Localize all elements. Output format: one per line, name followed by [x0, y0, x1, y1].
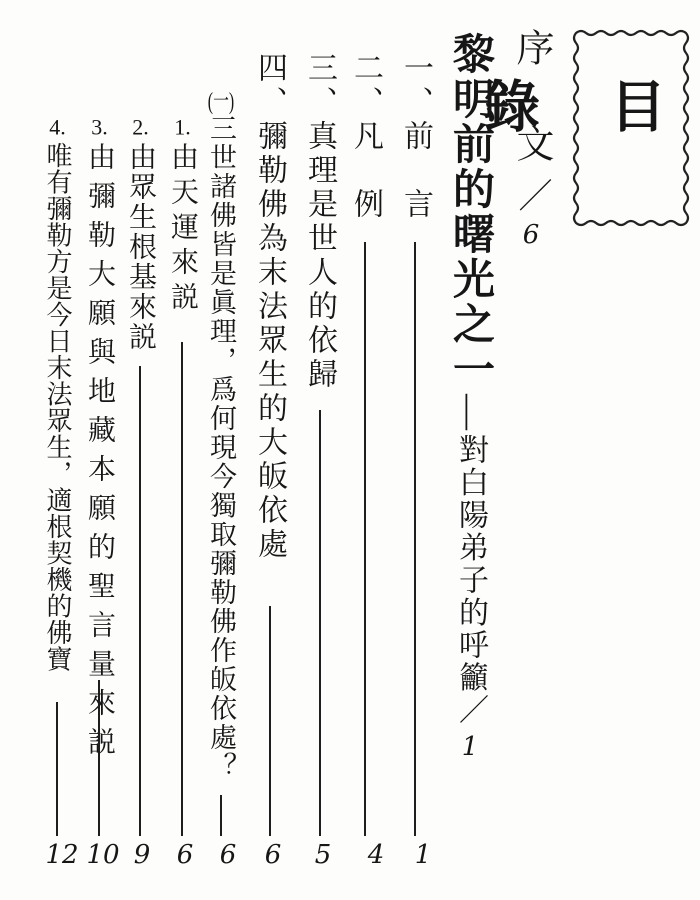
leader-line — [181, 342, 183, 836]
page-number: 12 — [45, 840, 78, 870]
leader-line — [319, 410, 321, 836]
preface-page-number: 6 — [516, 222, 546, 248]
entry-label: 由眾生根基來説 — [125, 142, 156, 352]
entry-label: 三世諸佛皆是眞理，爲何現今獨取彌勒佛作皈依處？ — [206, 114, 236, 781]
entry-label: 三、真理是世人的依歸 — [303, 52, 336, 392]
toc-entry-sub-3: 3.由彌勒大願與地藏本願的聖言量來説 — [85, 116, 113, 766]
entry-label: 唯有彌勒方是今日末法眾生，適根契機的佛寶 — [43, 142, 72, 672]
book-subtitle: 對白陽弟子的呼籲 — [454, 434, 487, 694]
entry-label: 由彌勒大願與地藏本願的聖言量來説 — [84, 142, 115, 766]
toc-entry-sub-2: 2.由眾生根基來説 — [126, 116, 154, 352]
toc-entry-sub-4: 4.唯有彌勒方是今日末法眾生，適根契機的佛寶 — [44, 116, 70, 672]
toc-entry-sub-1: 1.由天運來説 — [168, 116, 196, 317]
leader-line — [220, 795, 222, 836]
page-number: 6 — [265, 840, 282, 870]
leader-line — [364, 242, 366, 836]
leader-line — [56, 702, 58, 836]
entry-prefix: (一) — [208, 90, 234, 114]
slash-glyph: ／ — [454, 694, 487, 724]
page-number: 6 — [177, 840, 194, 870]
toc-page: 目錄 序 文／6 黎明前的曙光之一—對白陽弟子的呼籲／1 一、前 言 二、凡 例… — [0, 0, 700, 900]
entry-label: 由天運來説 — [167, 142, 198, 317]
toc-entry-1: 一、前 言 — [400, 52, 430, 222]
toc-entry-2: 二、凡 例 — [350, 52, 380, 222]
page-number: 9 — [134, 840, 151, 870]
page-number: 4 — [368, 840, 385, 870]
title-page-number: 1 — [455, 734, 485, 760]
entry-label: 二、凡 例 — [349, 52, 382, 222]
page-number: 10 — [86, 840, 119, 870]
page-number: 1 — [415, 840, 432, 870]
entry-prefix: 4. — [45, 116, 70, 138]
entry-label: 一、前 言 — [399, 52, 432, 222]
slash-glyph: ／ — [513, 178, 550, 212]
leader-line — [414, 242, 416, 836]
preface-label: 序 文 — [510, 28, 552, 172]
toc-entry-3: 三、真理是世人的依歸 — [304, 52, 334, 392]
entry-prefix: 3. — [87, 116, 112, 138]
toc-heading-box: 目錄 — [570, 24, 696, 234]
entry-prefix: 2. — [128, 116, 153, 138]
leader-line — [269, 606, 271, 836]
preface-entry: 序 文／6 — [512, 28, 550, 248]
leader-line — [139, 366, 141, 836]
page-number: 6 — [220, 840, 237, 870]
book-title: 黎明前的曙光之一 — [447, 32, 493, 392]
leader-line — [98, 680, 100, 836]
toc-heading-label: 目錄 — [570, 38, 696, 220]
book-title-entry: 黎明前的曙光之一—對白陽弟子的呼籲／1 — [449, 32, 491, 760]
dash-glyph: — — [450, 394, 490, 430]
entry-label: 四、彌勒佛為末法眾生的大皈依處 — [253, 52, 286, 562]
entry-prefix: 1. — [170, 116, 195, 138]
toc-entry-4-1: (一)三世諸佛皆是眞理，爲何現今獨取彌勒佛作皈依處？ — [207, 90, 234, 781]
toc-entry-4: 四、彌勒佛為末法眾生的大皈依處 — [254, 52, 284, 562]
page-number: 5 — [315, 840, 332, 870]
